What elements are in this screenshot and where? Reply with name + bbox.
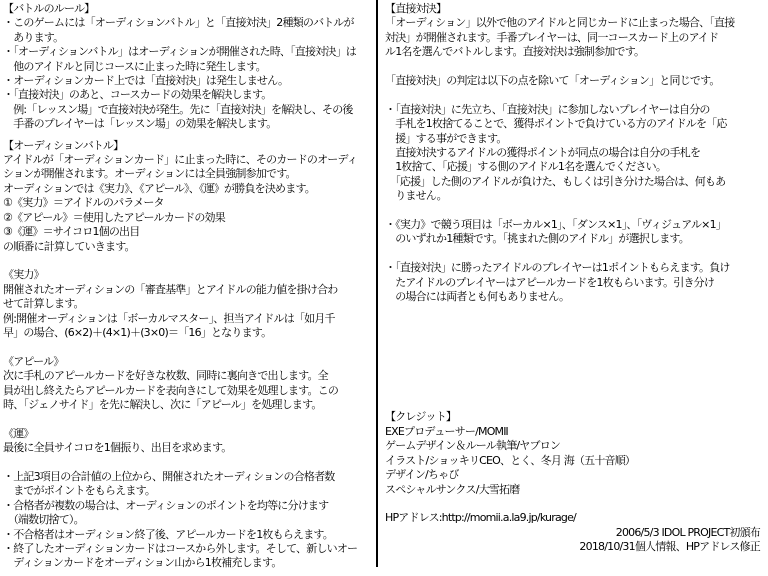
rule-line: ③《運》＝サイコロ1個の出目: [3, 225, 375, 239]
heading-direct-confrontation: 【直接対決】: [385, 2, 766, 16]
first-distribution-date-line: 2006/5/3 IDOL PROJECT初頒布: [385, 526, 766, 540]
rule-line: ・合格者が複数の場合は、オーディションのポイントを均等に分けます: [3, 499, 375, 513]
rule-line: ・「直接対決」のあと、コースカードの効果を解決します。: [3, 88, 375, 102]
rule-line: 例:「レッスン場」で直接対決が発生。先に「直接対決」を解決し、その後: [3, 103, 375, 117]
rule-line: 員が出し終えたらアピールカードを表向きにして効果を処理します。この: [3, 384, 375, 398]
rule-line: りません。: [385, 189, 766, 203]
heading-appeal: 《アピール》: [3, 355, 375, 369]
rule-line: 直接対決するアイドルの獲得ポイントが同点の場合は自分の手札を: [385, 146, 766, 160]
rule-line: の場合には両者とも何もありません。: [385, 290, 766, 304]
blank-line: [385, 204, 766, 218]
rule-line: アイドルが「オーディションカード」に止まった時に、そのカードのオーディ: [3, 153, 375, 167]
heading-credits: 【クレジット】: [385, 410, 766, 424]
heading-battle-rules: 【バトルのルール】: [3, 2, 375, 16]
credit-line-design: デザイン/ちゃび: [385, 468, 766, 482]
rule-line: ・「直接対決」に先立ち、「直接対決」に参加しないプレイヤーは自分の: [385, 103, 766, 117]
rule-line: ディションカードをオーディション山から1枚補充します。: [3, 556, 375, 570]
rule-line: 時、「ジェノサイド」を先に解決し、次に「アピール」を処理します。: [3, 398, 375, 412]
right-column: 【直接対決】 「オーディション」以外で他のアイドルと同じカードに止まった場合、「…: [385, 2, 766, 555]
rule-line: ②《アピール》＝使用したアピールカードの効果: [3, 211, 375, 225]
credit-line-illustration: イラスト/ショッキリCEO、とく、冬月 海（五十音順）: [385, 454, 766, 468]
rule-line: のいずれか1種類です。「挑まれた側のアイドル」が選択します。: [385, 232, 766, 246]
rule-line: ①《実力》＝アイドルのパラメータ: [3, 196, 375, 210]
left-column: 【バトルのルール】 ・このゲームには「オーディションバトル」と「直接対決」2種類…: [3, 2, 375, 571]
rule-line: 最後に全員サイコロを1個振り、出目を求めます。: [3, 441, 375, 455]
rule-line: 対決」が開催されます。手番プレイヤーは、同一コースカード上のアイド: [385, 31, 766, 45]
heading-audition-battle: 【オーディションバトル】: [3, 139, 375, 153]
blank-line: [385, 497, 766, 511]
rule-line: ・オーディションカード上では「直接対決」は発生しません。: [3, 74, 375, 88]
revision-date-line: 2018/10/31個人情報、HPアドレス修正: [385, 540, 766, 554]
blank-line: [3, 412, 375, 426]
rule-line: 手番のプレイヤーは「レッスン場」の効果を解決します。: [3, 117, 375, 131]
rule-line: までがポイントをもらえます。: [3, 484, 375, 498]
blank-line: [3, 254, 375, 268]
rule-line: 他のアイドルと同じコースに止まった時に発生します。: [3, 60, 375, 74]
rule-line: 「応援」した側のアイドルが負けた、もしくは引き分けた場合は、何もあ: [385, 175, 766, 189]
rule-line: ・「直接対決」に勝ったアイドルのプレイヤーは1ポイントもらえます。負け: [385, 261, 766, 275]
rule-line: ・不合格者はオーディション終了後、アピールカードを1枚もらえます。: [3, 528, 375, 542]
rule-line: ・「オーディションバトル」はオーディションが開催された時、「直接対決」は: [3, 45, 375, 59]
rule-line: 次に手札のアピールカードを好きな枚数、同時に裏向きで出します。全: [3, 369, 375, 383]
hp-address-line: HPアドレス:http://momii.a.la9.jp/kurage/: [385, 511, 766, 525]
blank-line: [385, 88, 766, 102]
rule-line: ・終了したオーディションカードはコースから外します。そして、新しいオー: [3, 542, 375, 556]
rule-line: 「直接対決」の判定は以下の点を除いて「オーディション」と同じです。: [385, 74, 766, 88]
credit-line-special-thanks: スペシャルサンクス/大雪拓磨: [385, 483, 766, 497]
blank-line: [385, 60, 766, 74]
rule-line: 開催されたオーディションの「審査基準」とアイドルの能力値を掛け合わ: [3, 283, 375, 297]
rule-line: （端数切捨て）。: [3, 513, 375, 527]
blank-line: [385, 247, 766, 261]
rule-line: 例:開催オーディションは「ボーカルマスター」、担当アイドルは「如月千: [3, 312, 375, 326]
rule-line: 手札を1枚捨てることで、獲得ポイントで負けている方のアイドルを「応: [385, 117, 766, 131]
rule-line: ・このゲームには「オーディションバトル」と「直接対決」2種類のバトルが: [3, 16, 375, 30]
rule-line: たアイドルのプレイヤーはアピールカードを1枚もらいます。引き分け: [385, 276, 766, 290]
rule-line: あります。: [3, 31, 375, 45]
rule-line: せて計算します。: [3, 297, 375, 311]
rule-line: の順番に計算していきます。: [3, 240, 375, 254]
rule-line: ・上記3項目の合計値の上位から、開催されたオーディションの合格者数: [3, 470, 375, 484]
rule-line: オーディションでは《実力》、《アピール》、《運》が勝負を決めます。: [3, 182, 375, 196]
rule-line: 早」の場合、(6×2)＋(4×1)＋(3×0)＝「16」となります。: [3, 326, 375, 340]
rule-line: ・《実力》で競う項目は「ボーカル×1」、「ダンス×1」、「ヴィジュアル×1」: [385, 218, 766, 232]
blank-line: [3, 340, 375, 354]
credit-line-producer: EXEプロデューサー/MOMⅡ: [385, 425, 766, 439]
blank-line: [3, 456, 375, 470]
heading-luck: 《運》: [3, 427, 375, 441]
rule-line: 1枚捨て、「応援」する側のアイドル1名を選んでください。: [385, 160, 766, 174]
column-divider-line: [376, 0, 378, 567]
rule-line: 援」する事ができます。: [385, 132, 766, 146]
rule-line: ル1名を選んでバトルします。直接対決は強制参加です。: [385, 45, 766, 59]
direct-confrontation-section: 【直接対決】 「オーディション」以外で他のアイドルと同じカードに止まった場合、「…: [385, 2, 766, 304]
heading-jitsuryoku: 《実力》: [3, 268, 375, 282]
credit-line-game-design: ゲームデザイン＆ルール執筆/ヤブロン: [385, 439, 766, 453]
rule-line: 「オーディション」以外で他のアイドルと同じカードに止まった場合、「直接: [385, 16, 766, 30]
credits-section: 【クレジット】 EXEプロデューサー/MOMⅡ ゲームデザイン＆ルール執筆/ヤブ…: [385, 410, 766, 554]
rules-document-page: 【バトルのルール】 ・このゲームには「オーディションバトル」と「直接対決」2種類…: [0, 0, 768, 576]
rule-line: ションが開催されます。オーディションには全員強制参加です。: [3, 167, 375, 181]
